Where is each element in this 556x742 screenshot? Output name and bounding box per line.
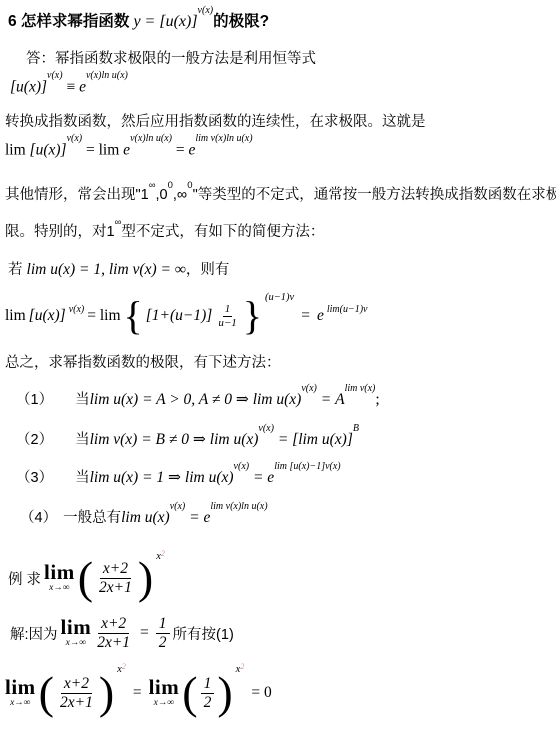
special-brace-close: } [243, 299, 262, 333]
item2-exponent1: ν(x) [258, 423, 274, 434]
limit-base-exponent: ν(x) [67, 133, 83, 144]
item1-tail: ; [375, 391, 379, 408]
paragraph-summary: 总之，求幂指数函数的极限，有下述方法： [5, 351, 281, 372]
final-lim-2: limx→∞ [149, 677, 180, 709]
final-exponent-1: x2 [117, 664, 126, 675]
example-lim: limx→∞ [44, 562, 75, 594]
limit-eq1: = lim [82, 141, 123, 158]
final-exponent-2: x2 [236, 664, 245, 675]
limit-e2-exponent: lim ν(x)ln u(x) [195, 133, 252, 144]
final-fraction-1-denominator: 2x+1 [57, 694, 96, 712]
indeterminate-text-5: 限。特别的，对1 [5, 224, 115, 240]
question-title: 6 怎样求幂指函数 y = [u(x)]ν(x)的极限? [8, 9, 269, 31]
indeterminate-text-3: ,∞ [173, 187, 187, 203]
identity-e-exponent: ν(x)ln u(x) [86, 70, 128, 81]
solution-fraction-1-denominator: 2x+1 [94, 634, 133, 652]
special-brace-exponent: (u−1)ν [265, 292, 294, 303]
indeterminate-sup-zero: 0 [168, 180, 173, 191]
item2-math1: lim ν(x) = B ≠ 0 ⇒ lim u(x) [90, 431, 259, 448]
example-intro: 例 求 [8, 568, 41, 589]
solution-line: 解:因为 limx→∞ x+22x+1 = 12 所有按(1) [10, 610, 234, 656]
limit-e1-exponent: ν(x)ln u(x) [130, 133, 172, 144]
final-paren-close-1: ) [99, 673, 114, 712]
paragraph-condition: 若 lim u(x) = 1, lim ν(x) = ∞，则有 [8, 258, 229, 279]
final-fraction-1: x+22x+1 [57, 675, 96, 712]
item2-dang: 当 [75, 432, 90, 448]
item1-math1: lim u(x) = A > 0, A ≠ 0 ⇒ lim u(x) [90, 391, 302, 408]
example-paren-close: ) [138, 558, 153, 597]
solution-fraction-2-denominator: 2 [156, 634, 170, 652]
paragraph-answer: 答：幂指函数求极限的一般方法是利用恒等式 [26, 47, 316, 68]
special-e-exponent: lim(u−1)ν [327, 304, 368, 315]
identity-base: [u(x)] [10, 78, 47, 95]
final-result: = 0 [251, 684, 271, 702]
condition-text-suffix: ，则有 [186, 262, 230, 278]
final-fraction-1-numerator: x+2 [61, 675, 92, 694]
solution-lim-subscript: x→∞ [66, 639, 87, 649]
limit-base: [u(x)] [30, 141, 67, 158]
item3-math2: = e [249, 469, 274, 486]
item4-exponent1: ν(x) [170, 501, 186, 512]
final-equals-1: = [133, 684, 142, 702]
item4-math2: = e [185, 509, 210, 526]
indeterminate-text-2: ,0 [156, 187, 168, 203]
method-item-2: （2）当lim ν(x) = B ≠ 0 ⇒ lim u(x)ν(x) = [l… [16, 428, 359, 449]
indeterminate-sup-inf: ∞ [149, 180, 156, 191]
final-lim-1-subscript: x→∞ [10, 699, 31, 709]
item4-exponent2: lim ν(x)ln u(x) [210, 501, 267, 512]
formula-limit: lim [u(x)]ν(x) = lim eν(x)ln u(x) = elim… [5, 140, 253, 159]
condition-text-prefix: 若 [8, 262, 27, 278]
method-item-1: （1）当lim u(x) = A > 0, A ≠ 0 ⇒ lim u(x)ν(… [16, 388, 380, 409]
item4-math1: lim u(x) [121, 509, 170, 526]
indeterminate-text-6: 型不定式，有如下的简便方法： [121, 224, 324, 240]
item1-dang: 当 [75, 392, 90, 408]
paragraph-indeterminate-1: 其他情形，常会出现"1∞,00,∞0"等类型的不定式，通常按一般方法转换成指数函… [5, 183, 556, 204]
item3-exponent2: lim [u(x)−1]ν(x) [274, 461, 340, 472]
final-paren-open-2: ( [182, 673, 197, 712]
final-paren-close-2: ) [217, 673, 232, 712]
item1-exponent1: ν(x) [301, 383, 317, 394]
final-lim-1: limx→∞ [5, 677, 36, 709]
special-base-exponent: ν(x) [69, 304, 85, 315]
identity-base-exponent: ν(x) [47, 70, 63, 81]
title-formula-exponent: ν(x) [198, 5, 214, 16]
item3-label: （3） [16, 470, 53, 486]
special-fraction: 1u−1 [215, 303, 239, 328]
example-line: 例 求 limx→∞ ( x+22x+1 ) x2 [8, 551, 165, 605]
item1-math2: = A [317, 391, 345, 408]
item2-exponent2: B [353, 423, 359, 434]
paragraph-indeterminate-2: 限。特别的，对1∞型不定式，有如下的简便方法： [5, 220, 324, 241]
special-fraction-numerator: 1 [223, 303, 233, 316]
example-exponent: x2 [156, 551, 165, 562]
identity-equiv-sign: ≡ [63, 78, 80, 95]
final-fraction-2: 12 [201, 675, 215, 712]
final-paren-open-1: ( [39, 673, 54, 712]
formula-identity: [u(x)]ν(x) ≡ eν(x)ln u(x) [10, 77, 128, 96]
indeterminate-sup-inf2: ∞ [115, 217, 122, 228]
item1-exponent2: lim ν(x) [345, 383, 376, 394]
example-fraction-denominator: 2x+1 [96, 579, 135, 597]
solution-lim: limx→∞ [61, 617, 92, 649]
indeterminate-text-4: "等类型的不定式，通常按一般方法转换成指数函数在求极 [193, 187, 556, 203]
item2-math2: = [lim u(x)] [274, 431, 353, 448]
final-fraction-2-numerator: 1 [201, 675, 215, 694]
solution-fraction-1: x+22x+1 [94, 615, 133, 652]
final-lim-1-word: lim [5, 677, 36, 698]
solution-equals: = [140, 624, 149, 642]
title-formula: y = [u(x)] [129, 13, 197, 30]
limit-lim1: lim [5, 141, 30, 158]
indeterminate-text-1: 其他情形，常会出现"1 [5, 187, 149, 203]
item3-exponent1: ν(x) [234, 461, 250, 472]
solution-fraction-2: 12 [156, 615, 170, 652]
special-eq2: = [301, 307, 310, 325]
example-exponent-2: 2 [161, 549, 165, 558]
paragraph-convert: 转换成指数函数，然后应用指数函数的连续性，在求极限。这就是 [5, 110, 426, 131]
method-item-3: （3）当lim u(x) = 1 ⇒ lim u(x)ν(x) = elim [… [16, 466, 341, 487]
example-paren-open: ( [78, 558, 93, 597]
special-inner: [1+(u−1)] [146, 307, 213, 325]
special-e: e [317, 307, 324, 325]
item1-label: （1） [16, 392, 53, 408]
example-fraction-numerator: x+2 [100, 560, 131, 579]
formula-special-limit: lim [u(x)] ν(x) = lim { [1+(u−1)] 1u−1 }… [5, 292, 367, 340]
item4-label: （4） [20, 510, 57, 526]
item3-dang: 当 [75, 470, 90, 486]
example-lim-word: lim [44, 562, 75, 583]
item2-label: （2） [16, 432, 53, 448]
solution-fraction-1-numerator: x+2 [98, 615, 129, 634]
solution-tail: 所有按(1) [173, 623, 234, 644]
final-formula: limx→∞ ( x+22x+1 ) x2 = limx→∞ ( 12 ) x2… [5, 664, 276, 722]
method-item-4: （4）一般总有lim u(x)ν(x) = elim ν(x)ln u(x) [20, 506, 268, 527]
final-exponent-1-2: 2 [122, 662, 126, 671]
special-base: [u(x)] [29, 307, 66, 325]
final-exponent-2-2: 2 [240, 662, 244, 671]
final-lim-2-word: lim [149, 677, 180, 698]
special-brace-open: { [124, 299, 143, 333]
final-lim-2-subscript: x→∞ [154, 699, 175, 709]
final-fraction-2-denominator: 2 [201, 694, 215, 712]
limit-eq2: = [172, 141, 189, 158]
solution-intro: 解:因为 [10, 623, 58, 644]
item4-dang: 一般总有 [63, 510, 121, 526]
document-page: 6 怎样求幂指函数 y = [u(x)]ν(x)的极限? 答：幂指函数求极限的一… [0, 0, 556, 742]
identity-e: e [79, 78, 86, 95]
title-text-prefix: 6 怎样求幂指函数 [8, 13, 129, 30]
indeterminate-sup-zero2: 0 [187, 180, 192, 191]
special-eq1: = lim [87, 307, 120, 325]
item3-math1: lim u(x) = 1 ⇒ lim u(x) [90, 469, 234, 486]
title-text-suffix: 的极限? [213, 13, 269, 30]
solution-fraction-2-numerator: 1 [156, 615, 170, 634]
example-lim-subscript: x→∞ [49, 584, 70, 594]
special-lim1: lim [5, 307, 26, 325]
special-fraction-denominator: u−1 [215, 317, 239, 329]
solution-lim-word: lim [61, 617, 92, 638]
example-fraction: x+22x+1 [96, 560, 135, 597]
condition-math: lim u(x) = 1, lim ν(x) = ∞ [27, 261, 186, 278]
